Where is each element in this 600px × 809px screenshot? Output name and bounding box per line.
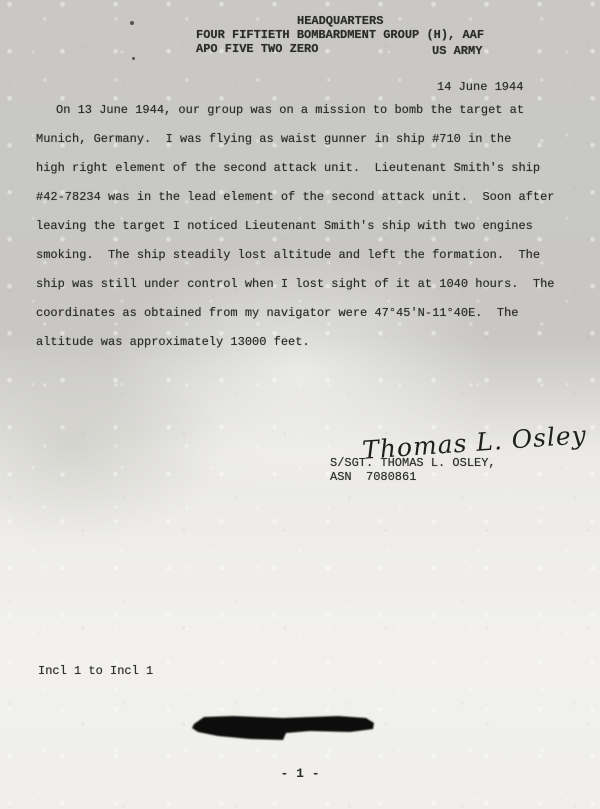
statement-line: On 13 June 1944, our group was on a miss… [36,96,576,125]
signature-typed-name: S/SGT. THOMAS L. OSLEY, [330,456,496,470]
document-date: 14 June 1944 [437,80,523,94]
header-apo-line: APO FIVE TWO ZERO [196,42,318,56]
statement-line: coordinates as obtained from my navigato… [36,299,576,328]
statement-line: high right element of the second attack … [36,154,576,183]
statement-line: leaving the target I noticed Lieutenant … [36,212,576,241]
signature-asn: ASN 7080861 [330,470,416,484]
header-headquarters: HEADQUARTERS [297,14,383,28]
statement-line: #42-78234 was in the lead element of the… [36,183,576,212]
header-us-army: US ARMY [432,44,482,58]
statement-line: altitude was approximately 13000 feet. [36,328,576,357]
page-number: - 1 - [0,766,600,781]
statement-line: smoking. The ship steadily lost altitude… [36,241,576,270]
header-unit-line: FOUR FIFTIETH BOMBARDMENT GROUP (H), AAF [196,28,484,42]
statement-line: Munich, Germany. I was flying as waist g… [36,125,576,154]
statement-paragraph: On 13 June 1944, our group was on a miss… [36,96,576,357]
statement-line: ship was still under control when I lost… [36,270,576,299]
inclosure-note: Incl 1 to Incl 1 [38,664,153,678]
scan-speck [132,57,135,60]
redaction-mark [188,712,382,748]
document-page: HEADQUARTERS FOUR FIFTIETH BOMBARDMENT G… [0,0,600,809]
scan-speck [130,21,134,25]
